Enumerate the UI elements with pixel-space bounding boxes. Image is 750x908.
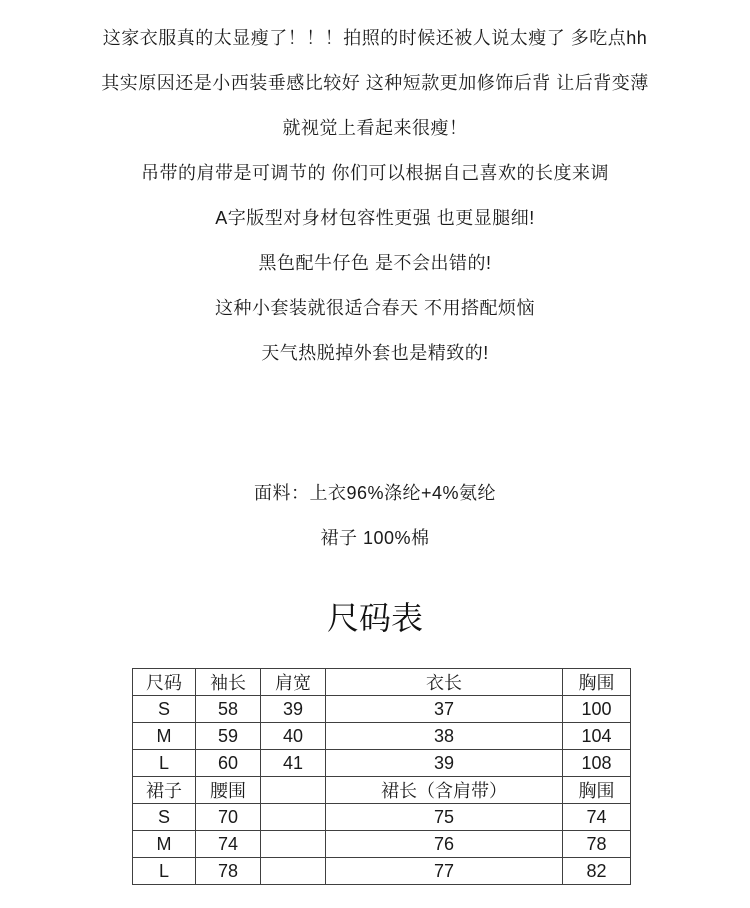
table-row: L 78 77 82 <box>133 858 631 885</box>
table-cell: 108 <box>563 750 631 777</box>
table-header-row: 裙子 腰围 裙长（含肩带） 胸围 <box>133 777 631 804</box>
table-cell: M <box>133 723 196 750</box>
description-line: 黑色配牛仔色 是不会出错的! <box>0 241 750 286</box>
table-cell: 77 <box>326 858 563 885</box>
table-cell: 58 <box>196 696 261 723</box>
header-cell: 裙长（含肩带） <box>326 777 563 804</box>
table-cell: 82 <box>563 858 631 885</box>
table-cell: M <box>133 831 196 858</box>
table-cell: 59 <box>196 723 261 750</box>
table-cell: 74 <box>563 804 631 831</box>
table-cell: 60 <box>196 750 261 777</box>
header-cell: 肩宽 <box>261 669 326 696</box>
table-row: M 59 40 38 104 <box>133 723 631 750</box>
table-header-row: 尺码 袖长 肩宽 衣长 胸围 <box>133 669 631 696</box>
header-cell: 裙子 <box>133 777 196 804</box>
table-cell: L <box>133 858 196 885</box>
description-line: 其实原因还是小西装垂感比较好 这种短款更加修饰后背 让后背变薄 <box>0 61 750 106</box>
product-description-page: 这家衣服真的太显瘦了！！！拍照的时候还被人说太瘦了 多吃点hh 其实原因还是小西… <box>0 0 750 908</box>
table-row: S 70 75 74 <box>133 804 631 831</box>
table-cell: 39 <box>326 750 563 777</box>
fabric-info-line: 裙子 100%棉 <box>0 516 750 561</box>
header-cell: 尺码 <box>133 669 196 696</box>
table-cell <box>261 831 326 858</box>
table-cell: 39 <box>261 696 326 723</box>
description-line: 就视觉上看起来很瘦！ <box>0 106 750 151</box>
table-cell: 38 <box>326 723 563 750</box>
table-row: L 60 41 39 108 <box>133 750 631 777</box>
header-cell: 腰围 <box>196 777 261 804</box>
table-cell: S <box>133 804 196 831</box>
fabric-info-line: 面料：上衣96%涤纶+4%氨纶 <box>0 471 750 516</box>
table-cell: 100 <box>563 696 631 723</box>
table-cell: 78 <box>196 858 261 885</box>
table-cell <box>261 804 326 831</box>
description-line: 这家衣服真的太显瘦了！！！拍照的时候还被人说太瘦了 多吃点hh <box>0 16 750 61</box>
table-cell: 74 <box>196 831 261 858</box>
description-line: 吊带的肩带是可调节的 你们可以根据自己喜欢的长度来调 <box>0 151 750 196</box>
description-line: 天气热脱掉外套也是精致的! <box>0 331 750 376</box>
table-cell: S <box>133 696 196 723</box>
header-cell: 衣长 <box>326 669 563 696</box>
description-section: 这家衣服真的太显瘦了！！！拍照的时候还被人说太瘦了 多吃点hh 其实原因还是小西… <box>0 0 750 376</box>
fabric-info-section: 面料：上衣96%涤纶+4%氨纶 裙子 100%棉 <box>0 471 750 561</box>
header-cell: 胸围 <box>563 669 631 696</box>
table-row: S 58 39 37 100 <box>133 696 631 723</box>
table-cell: 75 <box>326 804 563 831</box>
table-cell <box>261 858 326 885</box>
table-cell: 76 <box>326 831 563 858</box>
table-cell: 40 <box>261 723 326 750</box>
table-cell: 78 <box>563 831 631 858</box>
header-cell <box>261 777 326 804</box>
description-line: 这种小套装就很适合春天 不用搭配烦恼 <box>0 286 750 331</box>
description-line: A字版型对身材包容性更强 也更显腿细! <box>0 196 750 241</box>
table-cell: 70 <box>196 804 261 831</box>
size-chart-title: 尺码表 <box>0 594 750 642</box>
table-cell: 41 <box>261 750 326 777</box>
table-cell: L <box>133 750 196 777</box>
header-cell: 胸围 <box>563 777 631 804</box>
header-cell: 袖长 <box>196 669 261 696</box>
table-row: M 74 76 78 <box>133 831 631 858</box>
size-chart-table: 尺码 袖长 肩宽 衣长 胸围 S 58 39 37 100 M 59 40 38… <box>132 668 631 885</box>
table-cell: 104 <box>563 723 631 750</box>
table-cell: 37 <box>326 696 563 723</box>
